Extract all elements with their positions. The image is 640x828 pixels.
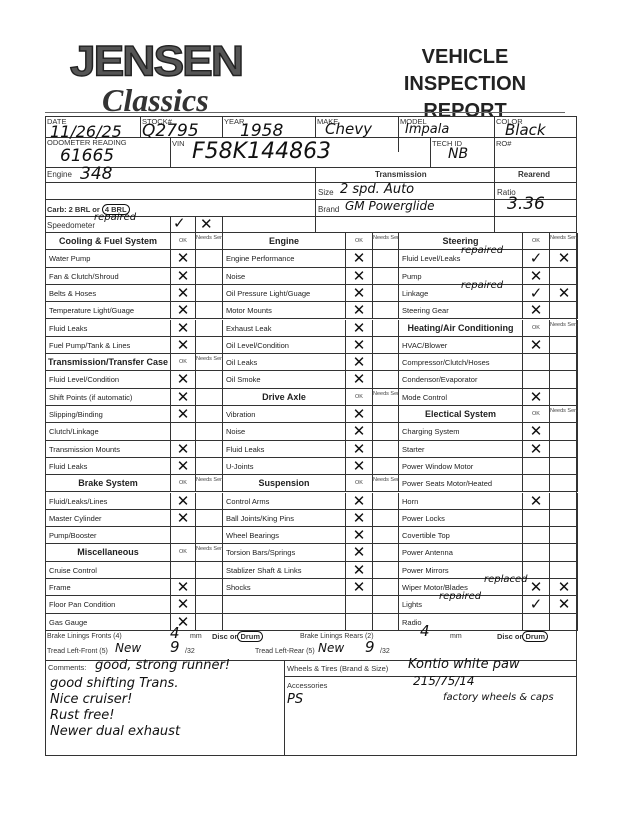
needs-service-checkbox[interactable] bbox=[373, 596, 399, 612]
item-label: Pump/Booster bbox=[46, 527, 171, 543]
ok-checkbox[interactable]: ✕ bbox=[346, 510, 373, 526]
speedometer-note: repaired bbox=[94, 212, 136, 223]
checklist-row: Temperature Light/Guage✕ bbox=[46, 302, 223, 319]
checklist-row: Fluid Level/Leaks✓✕repaired bbox=[399, 250, 578, 267]
ok-column-header: OK bbox=[523, 406, 550, 422]
needs-service-checkbox[interactable] bbox=[550, 302, 578, 318]
ok-checkbox[interactable]: ✕ bbox=[171, 406, 196, 422]
needs-service-column-header: Needs Service bbox=[196, 475, 223, 491]
ok-checkbox[interactable] bbox=[171, 562, 196, 578]
checklist-row: Slipping/Binding✕ bbox=[46, 406, 223, 423]
ok-checkbox[interactable]: ✕ bbox=[346, 371, 373, 387]
needs-service-checkbox[interactable] bbox=[373, 354, 399, 370]
needs-service-column-header: Needs Service bbox=[550, 320, 578, 336]
checklist-row: Condensor/Evaporator bbox=[399, 371, 578, 388]
ok-checkbox[interactable]: ✕ bbox=[523, 337, 550, 353]
ok-checkbox[interactable]: ✕ bbox=[346, 579, 373, 595]
needs-service-checkbox[interactable] bbox=[550, 371, 578, 387]
checklist-row: Shocks✕ bbox=[223, 579, 399, 596]
checklist-row: Water Pump✕ bbox=[46, 250, 223, 267]
needs-service-column-header: Needs Service bbox=[196, 544, 223, 560]
needs-service-checkbox[interactable] bbox=[196, 285, 223, 301]
item-label: Shift Points (if automatic) bbox=[46, 389, 171, 405]
rear-drum-circled: Drum bbox=[522, 631, 548, 642]
item-label: Control Arms bbox=[223, 493, 346, 509]
checklist-row: Fluid Leaks✕ bbox=[223, 441, 399, 458]
needs-service-checkbox[interactable] bbox=[373, 527, 399, 543]
item-label: Water Pump bbox=[46, 250, 171, 266]
inspection-checklist: Cooling & Fuel SystemOKNeeds ServiceWate… bbox=[45, 232, 577, 630]
needs-service-checkbox[interactable] bbox=[196, 493, 223, 509]
needs-service-checkbox[interactable] bbox=[196, 527, 223, 543]
ok-checkbox[interactable]: ✕ bbox=[346, 527, 373, 543]
checklist-row: Fluid Leaks✕ bbox=[46, 320, 223, 337]
needs-service-checkbox[interactable] bbox=[196, 320, 223, 336]
needs-service-checkbox[interactable]: ✕ bbox=[550, 579, 578, 595]
checklist-row: Mode Control✕ bbox=[399, 389, 578, 406]
ok-checkbox[interactable]: ✕ bbox=[523, 268, 550, 284]
needs-service-checkbox[interactable] bbox=[373, 268, 399, 284]
checklist-row: Stablizer Shaft & Links✕ bbox=[223, 562, 399, 579]
ok-checkbox[interactable] bbox=[523, 527, 550, 543]
vin-label: VIN bbox=[172, 139, 185, 148]
needs-service-checkbox[interactable] bbox=[550, 544, 578, 560]
ok-checkbox[interactable] bbox=[523, 371, 550, 387]
needs-service-checkbox[interactable] bbox=[373, 458, 399, 474]
item-label: Covertible Top bbox=[399, 527, 523, 543]
ok-column-header: OK bbox=[171, 354, 196, 370]
needs-service-checkbox[interactable] bbox=[373, 614, 399, 630]
needs-service-checkbox[interactable] bbox=[550, 614, 578, 630]
size-label: Size bbox=[318, 188, 334, 197]
checklist-row: Shift Points (if automatic)✕ bbox=[46, 389, 223, 406]
needs-service-checkbox[interactable] bbox=[550, 493, 578, 509]
ok-checkbox[interactable]: ✕ bbox=[171, 337, 196, 353]
needs-service-checkbox[interactable] bbox=[373, 441, 399, 457]
needs-service-checkbox[interactable] bbox=[196, 579, 223, 595]
ok-checkbox[interactable] bbox=[346, 596, 373, 612]
checklist-row: Power Seats Motor/Heated bbox=[399, 475, 578, 492]
ok-checkbox[interactable] bbox=[171, 423, 196, 439]
tech-id-field[interactable]: NB bbox=[448, 146, 468, 162]
title-line-1: VEHICLE bbox=[360, 44, 570, 71]
year-field[interactable]: 1958 bbox=[240, 121, 283, 141]
item-label: Power Antenna bbox=[399, 544, 523, 560]
handwritten-note: repaired bbox=[439, 591, 481, 602]
needs-service-column-header: Needs Service bbox=[196, 354, 223, 370]
checklist-row: Compressor/Clutch/Hoses bbox=[399, 354, 578, 371]
section-header: Cooling & Fuel SystemOKNeeds Service bbox=[46, 233, 223, 250]
item-label: U-Joints bbox=[223, 458, 346, 474]
needs-service-checkbox[interactable] bbox=[196, 371, 223, 387]
needs-service-checkbox[interactable] bbox=[373, 562, 399, 578]
ok-column-header: OK bbox=[346, 389, 373, 405]
item-label: Compressor/Clutch/Hoses bbox=[399, 354, 523, 370]
section-header: Transmission/Transfer CaseOKNeeds Servic… bbox=[46, 354, 223, 371]
checklist-row: Steering Gear✕ bbox=[399, 302, 578, 319]
company-logo: JENSEN Classics bbox=[70, 38, 250, 116]
checklist-row: Control Arms✕ bbox=[223, 493, 399, 510]
needs-service-checkbox[interactable] bbox=[196, 406, 223, 422]
ok-checkbox[interactable]: ✕ bbox=[171, 458, 196, 474]
item-label: Fluid Level/Condition bbox=[46, 371, 171, 387]
section-header: Drive AxleOKNeeds Service bbox=[223, 389, 399, 406]
ok-checkbox[interactable]: ✕ bbox=[171, 510, 196, 526]
needs-service-checkbox[interactable] bbox=[373, 302, 399, 318]
ok-checkbox[interactable] bbox=[523, 458, 550, 474]
section-title: Engine bbox=[223, 233, 346, 249]
checklist-row: Oil Pressure Light/Guage✕ bbox=[223, 285, 399, 302]
ok-checkbox[interactable]: ✕ bbox=[346, 354, 373, 370]
ok-checkbox[interactable]: ✕ bbox=[346, 423, 373, 439]
needs-service-checkbox[interactable] bbox=[373, 544, 399, 560]
logo-main-text: JENSEN bbox=[70, 40, 250, 82]
ok-checkbox[interactable] bbox=[523, 475, 550, 491]
brake-rears-field[interactable]: 4 bbox=[420, 622, 430, 640]
item-label: Noise bbox=[223, 268, 346, 284]
needs-service-checkbox[interactable] bbox=[196, 389, 223, 405]
needs-service-checkbox[interactable] bbox=[550, 562, 578, 578]
tread-lf-note: New bbox=[115, 641, 141, 655]
needs-service-column-header: Needs Service bbox=[373, 389, 399, 405]
section-title: Transmission/Transfer Case bbox=[46, 354, 171, 370]
needs-service-checkbox[interactable] bbox=[196, 302, 223, 318]
ok-checkbox[interactable]: ✕ bbox=[171, 389, 196, 405]
ok-checkbox[interactable]: ✕ bbox=[346, 544, 373, 560]
needs-service-checkbox[interactable] bbox=[196, 337, 223, 353]
ok-checkbox[interactable] bbox=[523, 510, 550, 526]
header-divider bbox=[45, 112, 565, 113]
needs-service-checkbox[interactable] bbox=[373, 406, 399, 422]
needs-service-checkbox[interactable] bbox=[550, 510, 578, 526]
needs-service-checkbox[interactable] bbox=[550, 458, 578, 474]
ok-checkbox[interactable]: ✕ bbox=[346, 302, 373, 318]
checklist-row bbox=[223, 614, 399, 631]
checklist-row: Charging System✕ bbox=[399, 423, 578, 440]
ok-checkbox[interactable]: ✕ bbox=[523, 423, 550, 439]
comments-label: Comments: bbox=[48, 663, 86, 672]
wheels-field[interactable]: Kontio white paw bbox=[408, 657, 520, 672]
item-label: Fuel Pump/Tank & Lines bbox=[46, 337, 171, 353]
wheels-label: Wheels & Tires (Brand & Size) bbox=[287, 664, 388, 673]
checklist-row: Power Locks bbox=[399, 510, 578, 527]
item-label: Fluid Leaks bbox=[46, 458, 171, 474]
needs-service-checkbox[interactable] bbox=[196, 614, 223, 630]
ok-column-header: OK bbox=[523, 320, 550, 336]
item-label: Vibration bbox=[223, 406, 346, 422]
item-label: Ball Joints/King Pins bbox=[223, 510, 346, 526]
needs-service-column-header: Needs Service bbox=[550, 406, 578, 422]
handwritten-note: replaced bbox=[484, 574, 528, 585]
needs-service-checkbox[interactable] bbox=[196, 596, 223, 612]
needs-service-checkbox[interactable] bbox=[550, 354, 578, 370]
section-title: Brake System bbox=[46, 475, 171, 491]
ok-checkbox[interactable]: ✕ bbox=[346, 337, 373, 353]
item-label: Shocks bbox=[223, 579, 346, 595]
needs-service-checkbox[interactable]: ✕ bbox=[550, 250, 578, 266]
engine-field[interactable]: 348 bbox=[80, 164, 112, 184]
checklist-row: Lights✓✕repaired bbox=[399, 596, 578, 613]
needs-service-checkbox[interactable] bbox=[373, 510, 399, 526]
needs-service-checkbox[interactable]: ✕ bbox=[550, 596, 578, 612]
item-label: Transmission Mounts bbox=[46, 441, 171, 457]
brake-fronts-label: Brake Linings Fronts (4) bbox=[47, 633, 122, 640]
color-field[interactable]: Black bbox=[505, 121, 546, 139]
checklist-row: Pump/Booster bbox=[46, 527, 223, 544]
ok-checkbox[interactable]: ✕ bbox=[346, 268, 373, 284]
checklist-row: Fluid Leaks✕ bbox=[46, 458, 223, 475]
ok-checkbox[interactable]: ✓ bbox=[523, 250, 550, 266]
needs-service-checkbox[interactable] bbox=[196, 268, 223, 284]
ok-checkbox[interactable]: ✕ bbox=[171, 596, 196, 612]
needs-service-checkbox[interactable] bbox=[373, 337, 399, 353]
checklist-row: Noise✕ bbox=[223, 423, 399, 440]
ok-checkbox[interactable]: ✕ bbox=[171, 371, 196, 387]
section-title: Drive Axle bbox=[223, 389, 346, 405]
item-label: Horn bbox=[399, 493, 523, 509]
needs-service-checkbox[interactable] bbox=[196, 458, 223, 474]
front-disc-or-drum[interactable]: Disc orDrum bbox=[212, 632, 263, 641]
needs-service-checkbox[interactable] bbox=[196, 250, 223, 266]
needs-service-checkbox[interactable] bbox=[373, 320, 399, 336]
checklist-row: Engine Performance✕ bbox=[223, 250, 399, 267]
ok-checkbox[interactable]: ✓ bbox=[523, 596, 550, 612]
item-label: Clutch/Linkage bbox=[46, 423, 171, 439]
item-label: Master Cylinder bbox=[46, 510, 171, 526]
ok-checkbox[interactable]: ✕ bbox=[171, 250, 196, 266]
size-field[interactable]: 2 spd. Auto bbox=[340, 182, 414, 197]
checklist-row: U-Joints✕ bbox=[223, 458, 399, 475]
checklist-row: Clutch/Linkage bbox=[46, 423, 223, 440]
ok-checkbox[interactable]: ✕ bbox=[171, 579, 196, 595]
brake-rears-label: Brake Linings Rears (2) bbox=[300, 633, 374, 640]
checklist-row: Oil Leaks✕ bbox=[223, 354, 399, 371]
checklist-row: Wheel Bearings✕ bbox=[223, 527, 399, 544]
ro-label: RO# bbox=[496, 139, 511, 148]
handwritten-note: repaired bbox=[461, 245, 503, 256]
brand-field[interactable]: GM Powerglide bbox=[345, 199, 434, 213]
ok-checkbox[interactable]: ✕ bbox=[171, 441, 196, 457]
tread-lr-unit: /32 bbox=[380, 648, 390, 655]
ok-column-header: OK bbox=[171, 475, 196, 491]
ratio-field[interactable]: 3.36 bbox=[507, 194, 545, 214]
needs-service-checkbox[interactable]: ✕ bbox=[550, 285, 578, 301]
ok-checkbox[interactable]: ✕ bbox=[171, 493, 196, 509]
item-label: Engine Performance bbox=[223, 250, 346, 266]
checklist-row: Horn✕ bbox=[399, 493, 578, 510]
checklist-row: HVAC/Blower✕ bbox=[399, 337, 578, 354]
rear-disc-or-drum[interactable]: Disc orDrum bbox=[497, 632, 548, 641]
speedometer-needs-mark[interactable]: ✕ bbox=[200, 216, 213, 233]
item-label: Oil Pressure Light/Guage bbox=[223, 285, 346, 301]
checklist-row: Fan & Clutch/Shroud✕ bbox=[46, 268, 223, 285]
item-label: Mode Control bbox=[399, 389, 523, 405]
needs-service-checkbox[interactable] bbox=[373, 285, 399, 301]
checklist-row bbox=[223, 596, 399, 613]
odometer-field[interactable]: 61665 bbox=[60, 146, 114, 166]
checklist-row: Motor Mounts✕ bbox=[223, 302, 399, 319]
checklist-row: Fluid Level/Condition✕ bbox=[46, 371, 223, 388]
ok-column-header: OK bbox=[346, 233, 373, 249]
tread-lf-field[interactable]: 9 bbox=[170, 638, 180, 656]
model-field[interactable]: Impala bbox=[405, 122, 449, 137]
accessories-field[interactable]: PS bbox=[287, 692, 303, 707]
needs-service-checkbox[interactable] bbox=[373, 371, 399, 387]
ok-checkbox[interactable]: ✕ bbox=[346, 285, 373, 301]
ok-checkbox[interactable]: ✕ bbox=[346, 406, 373, 422]
checklist-row: Frame✕ bbox=[46, 579, 223, 596]
needs-service-checkbox[interactable] bbox=[550, 423, 578, 439]
needs-service-checkbox[interactable] bbox=[550, 527, 578, 543]
item-label: Oil Leaks bbox=[223, 354, 346, 370]
tread-lr-field[interactable]: 9 bbox=[365, 638, 375, 656]
item-label: Exhaust Leak bbox=[223, 320, 346, 336]
section-header: Electical SystemOKNeeds Service bbox=[399, 406, 578, 423]
checklist-row: Vibration✕ bbox=[223, 406, 399, 423]
needs-service-checkbox[interactable] bbox=[373, 579, 399, 595]
item-label: HVAC/Blower bbox=[399, 337, 523, 353]
checklist-row: Gas Gauge✕ bbox=[46, 614, 223, 631]
ok-checkbox[interactable]: ✕ bbox=[346, 250, 373, 266]
checklist-row: Torsion Bars/Springs✕ bbox=[223, 544, 399, 561]
handwritten-note: repaired bbox=[461, 280, 503, 291]
brand-label: Brand bbox=[318, 205, 339, 214]
item-label: Fan & Clutch/Shroud bbox=[46, 268, 171, 284]
ok-checkbox[interactable]: ✕ bbox=[523, 441, 550, 457]
item-label: Wheel Bearings bbox=[223, 527, 346, 543]
ok-checkbox[interactable]: ✕ bbox=[171, 285, 196, 301]
ok-checkbox[interactable]: ✕ bbox=[171, 302, 196, 318]
item-label: Floor Pan Condition bbox=[46, 596, 171, 612]
accessories-label: Accessories bbox=[287, 681, 327, 690]
front-drum-circled: Drum bbox=[237, 631, 263, 642]
ok-checkbox[interactable] bbox=[523, 354, 550, 370]
ok-column-header: OK bbox=[346, 475, 373, 491]
brake-fronts-unit: mm bbox=[190, 633, 202, 640]
brake-rears-unit: mm bbox=[450, 633, 462, 640]
needs-service-column-header: Needs Service bbox=[373, 233, 399, 249]
ok-checkbox[interactable]: ✓ bbox=[523, 285, 550, 301]
needs-service-checkbox[interactable] bbox=[550, 475, 578, 491]
checklist-row: Noise✕ bbox=[223, 268, 399, 285]
checklist-row: Belts & Hoses✕ bbox=[46, 285, 223, 302]
needs-service-column-header: Needs Service bbox=[373, 475, 399, 491]
accessories-block bbox=[284, 676, 577, 756]
needs-service-checkbox[interactable] bbox=[550, 337, 578, 353]
needs-service-checkbox[interactable] bbox=[373, 423, 399, 439]
ok-column-header: OK bbox=[171, 233, 196, 249]
tread-lr-label: Tread Left-Rear (5) bbox=[255, 648, 315, 655]
checklist-row: Wiper Motor/Blades✕✕replaced bbox=[399, 579, 578, 596]
ok-checkbox[interactable]: ✕ bbox=[346, 493, 373, 509]
ok-checkbox[interactable]: ✕ bbox=[346, 458, 373, 474]
ok-checkbox[interactable]: ✕ bbox=[346, 320, 373, 336]
needs-service-checkbox[interactable] bbox=[373, 493, 399, 509]
item-label bbox=[223, 596, 346, 612]
ok-checkbox[interactable] bbox=[346, 614, 373, 630]
needs-service-checkbox[interactable] bbox=[196, 441, 223, 457]
item-label: Radio bbox=[399, 614, 523, 630]
tread-lf-unit: /32 bbox=[185, 648, 195, 655]
needs-service-checkbox[interactable] bbox=[196, 423, 223, 439]
ok-checkbox[interactable]: ✕ bbox=[523, 302, 550, 318]
checklist-row: Master Cylinder✕ bbox=[46, 510, 223, 527]
item-label: Oil Level/Condition bbox=[223, 337, 346, 353]
accessories-note: factory wheels & caps bbox=[443, 692, 554, 703]
checklist-row: Cruise Control bbox=[46, 562, 223, 579]
ok-checkbox[interactable]: ✕ bbox=[346, 441, 373, 457]
checklist-row: Exhaust Leak✕ bbox=[223, 320, 399, 337]
ok-checkbox[interactable] bbox=[171, 527, 196, 543]
needs-service-column-header: Needs Service bbox=[196, 233, 223, 249]
needs-service-checkbox[interactable] bbox=[196, 562, 223, 578]
needs-service-checkbox[interactable] bbox=[550, 389, 578, 405]
item-label: Starter bbox=[399, 441, 523, 457]
tread-lr-note: New bbox=[318, 641, 344, 655]
wheels-size-field[interactable]: 215/75/14 bbox=[413, 674, 475, 688]
item-label: Power Seats Motor/Heated bbox=[399, 475, 523, 491]
tread-lf-label: Tread Left-Front (5) bbox=[47, 648, 108, 655]
section-title: Heating/Air Conditioning bbox=[399, 320, 523, 336]
section-title: Miscellaneous bbox=[46, 544, 171, 560]
speedometer-ok-mark[interactable]: ✓ bbox=[173, 215, 186, 232]
ok-checkbox[interactable]: ✕ bbox=[523, 493, 550, 509]
item-label: Cruise Control bbox=[46, 562, 171, 578]
section-header: Heating/Air ConditioningOKNeeds Service bbox=[399, 320, 578, 337]
item-label: Stablizer Shaft & Links bbox=[223, 562, 346, 578]
item-label: Gas Gauge bbox=[46, 614, 171, 630]
ok-column-header: OK bbox=[523, 233, 550, 249]
ok-checkbox[interactable]: ✕ bbox=[346, 562, 373, 578]
item-label: Fluid Leaks bbox=[223, 441, 346, 457]
ok-checkbox[interactable] bbox=[523, 544, 550, 560]
checklist-row: Power Window Motor bbox=[399, 458, 578, 475]
checklist-row: Oil Smoke✕ bbox=[223, 371, 399, 388]
ok-checkbox[interactable] bbox=[523, 614, 550, 630]
ok-checkbox[interactable]: ✕ bbox=[523, 389, 550, 405]
needs-service-checkbox[interactable] bbox=[373, 250, 399, 266]
checklist-row: Oil Level/Condition✕ bbox=[223, 337, 399, 354]
ok-checkbox[interactable]: ✕ bbox=[171, 320, 196, 336]
item-label: Steering Gear bbox=[399, 302, 523, 318]
item-label: Motor Mounts bbox=[223, 302, 346, 318]
checklist-row: Starter✕ bbox=[399, 441, 578, 458]
speedometer-label: Speedometer bbox=[47, 221, 95, 230]
item-label: Frame bbox=[46, 579, 171, 595]
item-label: Temperature Light/Guage bbox=[46, 302, 171, 318]
item-label: Fluid Leaks bbox=[46, 320, 171, 336]
item-label: Slipping/Binding bbox=[46, 406, 171, 422]
needs-service-column-header: Needs Service bbox=[550, 233, 578, 249]
needs-service-checkbox[interactable] bbox=[196, 510, 223, 526]
item-label: Noise bbox=[223, 423, 346, 439]
needs-service-checkbox[interactable] bbox=[550, 268, 578, 284]
section-header: MiscellaneousOKNeeds Service bbox=[46, 544, 223, 561]
checklist-row: Floor Pan Condition✕ bbox=[46, 596, 223, 613]
item-label bbox=[223, 614, 346, 630]
make-field[interactable]: Chevy bbox=[325, 120, 372, 138]
item-label: Power Window Motor bbox=[399, 458, 523, 474]
item-label: Fluid/Leaks/Lines bbox=[46, 493, 171, 509]
engine-label: Engine bbox=[47, 170, 72, 179]
checklist-row: Covertible Top bbox=[399, 527, 578, 544]
ok-checkbox[interactable]: ✕ bbox=[171, 268, 196, 284]
rearend-header: Rearend bbox=[518, 170, 550, 179]
checklist-row: Transmission Mounts✕ bbox=[46, 441, 223, 458]
vin-field[interactable]: F58K144863 bbox=[192, 139, 331, 164]
item-label: Power Locks bbox=[399, 510, 523, 526]
needs-service-checkbox[interactable] bbox=[550, 441, 578, 457]
